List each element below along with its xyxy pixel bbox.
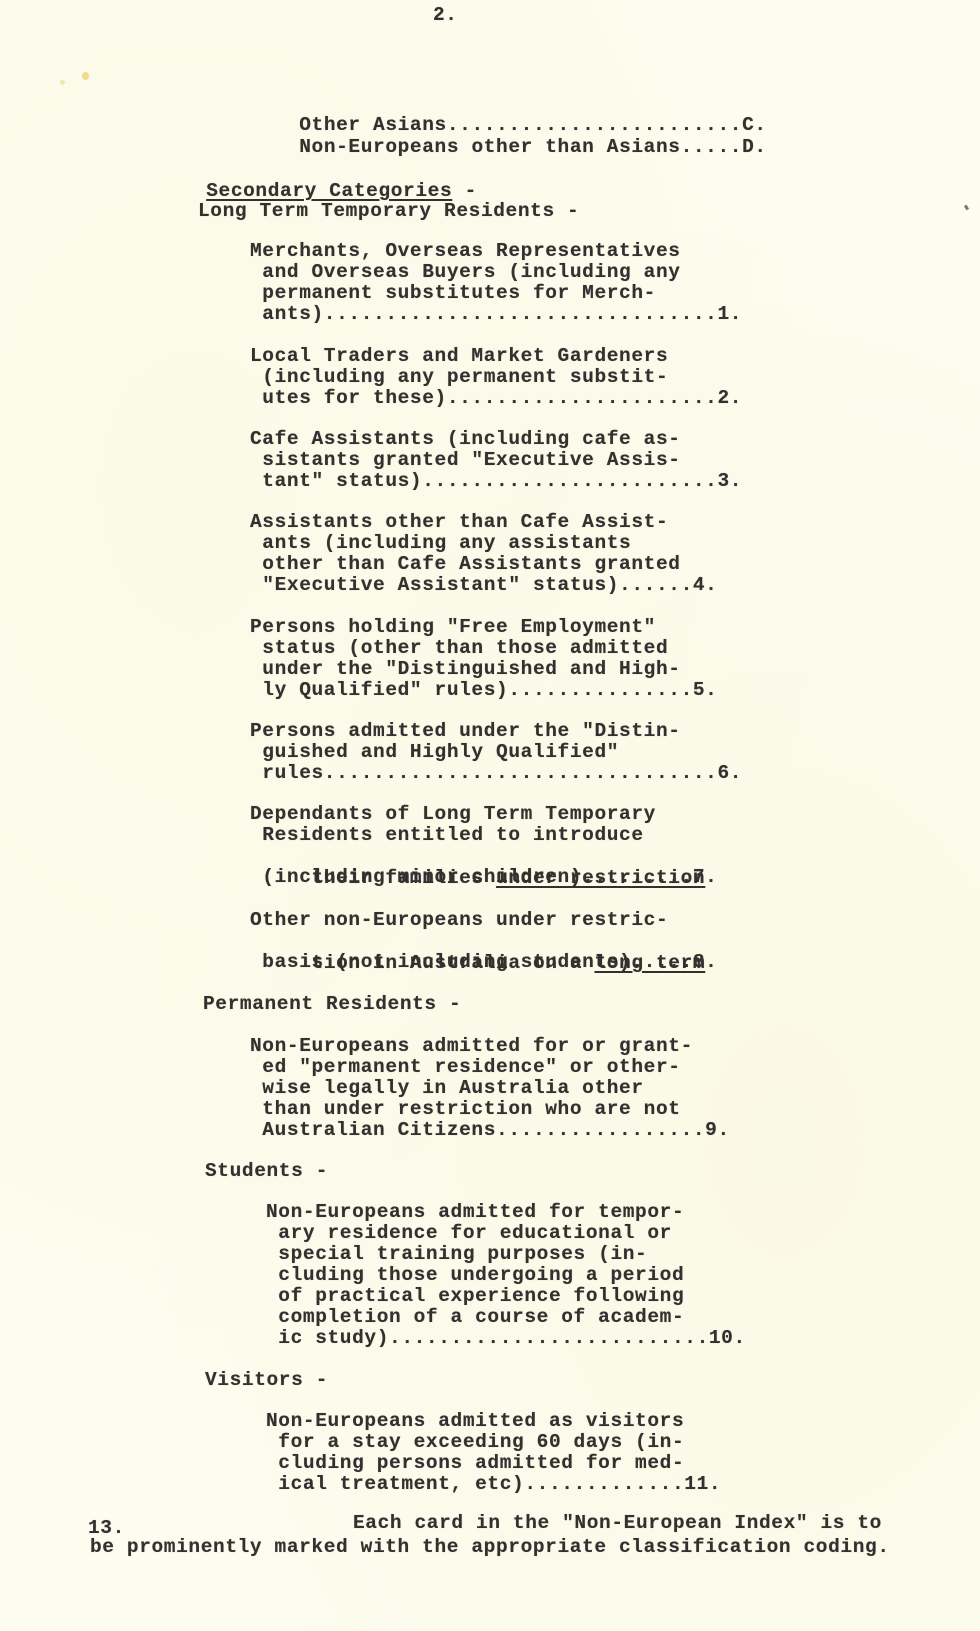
entry-5-line: status (other than those admitted <box>250 637 668 659</box>
entry-11-line: ical treatment, etc).............11. <box>266 1473 721 1495</box>
entry-11-line: for a stay exceeding 60 days (in- <box>266 1431 684 1453</box>
entry-10-line: cluding those undergoing a period <box>266 1264 684 1286</box>
entry-10-line: completion of a course of academ- <box>266 1306 684 1328</box>
entry-1-line: Merchants, Overseas Representatives <box>250 240 681 262</box>
group-title-visitors: Visitors - <box>205 1369 328 1391</box>
entry-3-line: sistants granted "Executive Assis- <box>250 449 681 471</box>
paper-stain <box>60 80 65 85</box>
page-number: 2. <box>433 4 458 26</box>
entry-4-line: other than Cafe Assistants granted <box>250 553 681 575</box>
entry-2-line: (including any permanent substit- <box>250 366 668 388</box>
group-title-long-term: Long Term Temporary Residents - <box>198 200 579 222</box>
entry-7-line: Dependants of Long Term Temporary <box>250 803 656 825</box>
entry-4-line: Assistants other than Cafe Assist- <box>250 511 668 533</box>
item-text: Non-Europeans other than Asians <box>299 136 680 158</box>
entry-7-line: (including minor children).........7. <box>250 866 717 888</box>
group-title-students: Students - <box>205 1160 328 1182</box>
entry-3-line: Cafe Assistants (including cafe as- <box>250 428 681 450</box>
paper-speck <box>964 205 969 211</box>
entry-3-line: tant" status)........................3. <box>250 470 742 492</box>
paragraph-13-line-1: Each card in the "Non-European Index" is… <box>353 1512 882 1534</box>
entry-9-line: than under restriction who are not <box>250 1098 681 1120</box>
entry-11-line: cluding persons admitted for med- <box>266 1452 684 1474</box>
entry-6-line: rules................................6. <box>250 762 742 784</box>
entry-9-line: Non-Europeans admitted for or grant- <box>250 1035 693 1057</box>
entry-1-line: ants)................................1. <box>250 303 742 325</box>
entry-8-line: Other non-Europeans under restric- <box>250 909 668 931</box>
entry-5-line: ly Qualified" rules)...............5. <box>250 679 717 701</box>
entry-9-line: wise legally in Australia other <box>250 1077 644 1099</box>
entry-9-line: ed "permanent residence" or other- <box>250 1056 681 1078</box>
entry-10-line: ary residence for educational or <box>266 1222 672 1244</box>
paper-stain <box>82 72 89 80</box>
entry-5-line: Persons holding "Free Employment" <box>250 616 656 638</box>
paragraph-13-line-2: be prominently marked with the appropria… <box>90 1536 890 1558</box>
item-code: D. <box>742 136 767 158</box>
entry-6-line: guished and Highly Qualified" <box>250 741 619 763</box>
entry-2-line: utes for these)......................2. <box>250 387 742 409</box>
entry-8-line: basis (not including students).....8. <box>250 951 717 973</box>
document-page: 2. Other Asians........................C… <box>0 0 980 1631</box>
entry-1-line: permanent substitutes for Merch- <box>250 282 656 304</box>
entry-7-line: Residents entitled to introduce <box>250 824 644 846</box>
entry-10-line: of practical experience following <box>266 1285 684 1307</box>
entry-4-line: ants (including any assistants <box>250 532 631 554</box>
entry-9-line: Australian Citizens.................9. <box>250 1119 730 1141</box>
entry-10-line: special training purposes (in- <box>266 1243 647 1265</box>
entry-11-line: Non-Europeans admitted as visitors <box>266 1410 684 1432</box>
entry-2-line: Local Traders and Market Gardeners <box>250 345 668 367</box>
entry-6-line: Persons admitted under the "Distin- <box>250 720 681 742</box>
entry-10-line: ic study)..........................10. <box>266 1327 746 1349</box>
entry-5-line: under the "Distinguished and High- <box>250 658 681 680</box>
entry-4-line: "Executive Assistant" status)......4. <box>250 574 717 596</box>
heading-suffix: - <box>452 180 477 202</box>
group-title-permanent: Permanent Residents - <box>203 993 461 1015</box>
entry-1-line: and Overseas Buyers (including any <box>250 261 681 283</box>
leader-dots: ..... <box>681 136 743 158</box>
entry-10-line: Non-Europeans admitted for tempor- <box>266 1201 684 1223</box>
heading-text: Secondary Categories <box>206 180 452 202</box>
